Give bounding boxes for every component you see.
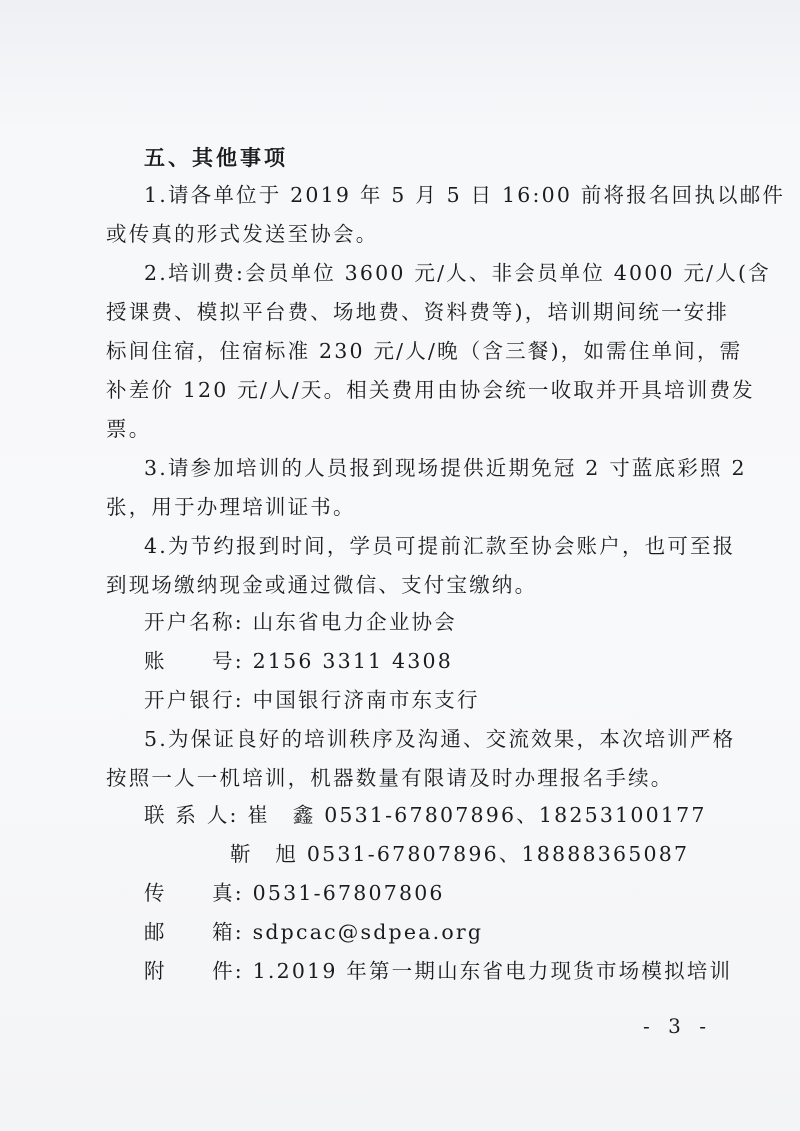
- item-2-line-3: 标间住宿，住宿标准 230 元/人/晚（含三餐)，如需住单间，需: [106, 336, 742, 366]
- item-2-line-4: 补差价 120 元/人/天。相关费用由协会统一收取并开具培训费发: [106, 375, 755, 405]
- item-5-line-2: 按照一人一机培训，机器数量有限请及时办理报名手续。: [106, 763, 674, 793]
- attachment-label: 附 件:: [144, 956, 244, 986]
- contact-label: 联 系 人:: [144, 800, 239, 830]
- fax-value: 0531-67807806: [253, 881, 445, 905]
- account-name-row: 开户名称: 山东省电力企业协会: [144, 607, 457, 637]
- item-5-line-1: 5.为保证良好的培训秩序及沟通、交流效果，本次培训严格: [144, 724, 735, 754]
- item-2-line-2: 授课费、模拟平台费、场地费、资料费等)，培训期间统一安排: [106, 297, 729, 327]
- item-3-line-1: 3.请参加培训的人员报到现场提供近期免冠 2 寸蓝底彩照 2: [144, 453, 747, 483]
- contact-phones-1: 0531-67807896、18253100177: [324, 803, 706, 827]
- account-name-value: 山东省电力企业协会: [253, 610, 457, 634]
- item-1-line-1: 1.请各单位于 2019 年 5 月 5 日 16:00 前将报名回执以邮件: [144, 180, 785, 210]
- fax-row: 传 真: 0531-67807806: [144, 878, 445, 908]
- attachment-value: 1.2019 年第一期山东省电力现货市场模拟培训: [253, 959, 733, 983]
- fax-label: 传 真:: [144, 878, 244, 908]
- contact-name-2: 靳 旭: [230, 842, 298, 866]
- bank-value: 中国银行济南市东支行: [253, 688, 480, 712]
- email-label: 邮 箱:: [144, 917, 244, 947]
- contact-row-2: 靳 旭 0531-67807896、18888365087: [230, 839, 689, 869]
- section-heading: 五、其他事项: [144, 143, 288, 173]
- item-1-line-2: 或传真的形式发送至协会。: [106, 219, 378, 249]
- page-number: - 3 -: [643, 1014, 712, 1038]
- document-page: 五、其他事项 1.请各单位于 2019 年 5 月 5 日 16:00 前将报名…: [0, 0, 800, 1131]
- contact-name-1: 崔 鑫: [247, 803, 315, 827]
- item-4-line-2: 到现场缴纳现金或通过微信、支付宝缴纳。: [106, 570, 537, 600]
- contact-phones-2: 0531-67807896、18888365087: [307, 842, 689, 866]
- account-name-label: 开户名称:: [144, 607, 244, 637]
- bank-label: 开户银行:: [144, 685, 244, 715]
- account-number-row: 账 号: 2156 3311 4308: [144, 646, 453, 676]
- email-value: sdpcac@sdpea.org: [253, 920, 484, 944]
- item-2-line-1: 2.培训费:会员单位 3600 元/人、非会员单位 4000 元/人(含: [144, 258, 771, 288]
- item-4-line-1: 4.为节约报到时间，学员可提前汇款至协会账户，也可至报: [144, 531, 735, 561]
- email-row: 邮 箱: sdpcac@sdpea.org: [144, 917, 483, 947]
- contact-row-1: 联 系 人: 崔 鑫 0531-67807896、18253100177: [144, 800, 707, 830]
- account-number-label: 账 号:: [144, 646, 244, 676]
- account-number-value: 2156 3311 4308: [253, 649, 453, 673]
- item-2-line-5: 票。: [106, 414, 151, 444]
- attachment-row: 附 件: 1.2019 年第一期山东省电力现货市场模拟培训: [144, 956, 732, 986]
- item-3-line-2: 张，用于办理培训证书。: [106, 492, 356, 522]
- bank-row: 开户银行: 中国银行济南市东支行: [144, 685, 480, 715]
